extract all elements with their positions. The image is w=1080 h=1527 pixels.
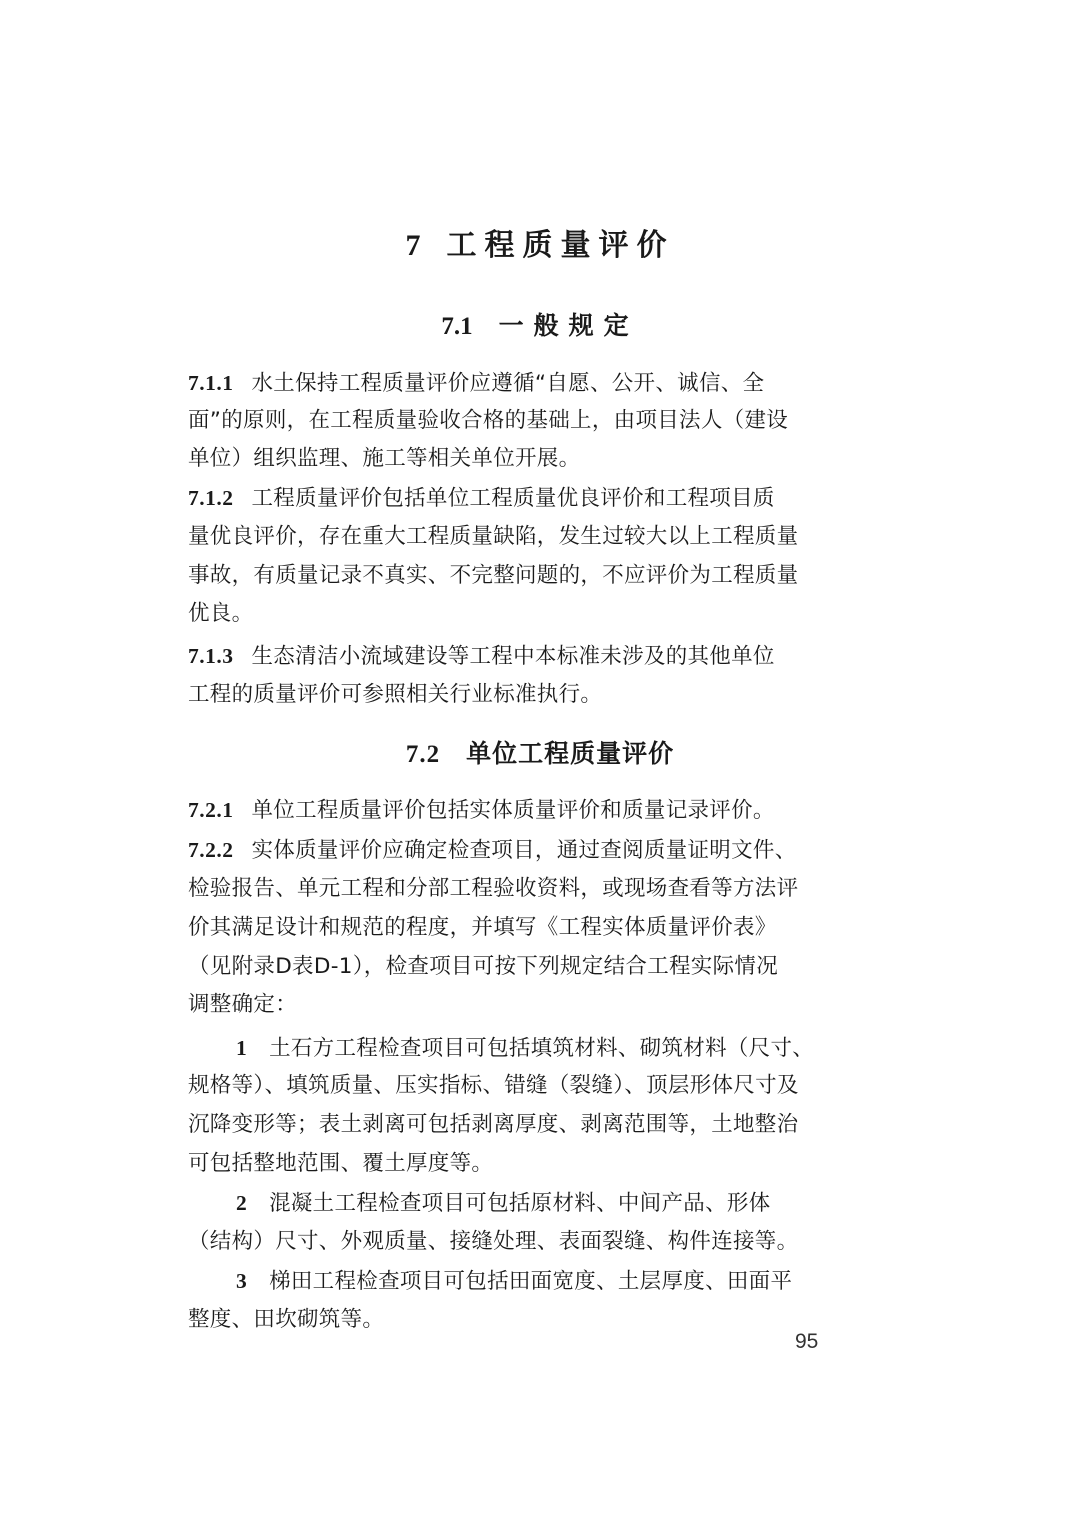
item-number: 1 bbox=[236, 1036, 247, 1060]
clause-text: 工程质量评价包括单位工程质量优良评价和工程项目质 bbox=[252, 486, 775, 511]
item-2-line-2: （结构）尺寸、外观质量、接缝处理、表面裂缝、构件连接等。 bbox=[188, 1227, 853, 1257]
item-text: 混凝土工程检查项目可包括原材料、中间产品、形体 bbox=[269, 1191, 770, 1216]
section-title-7-2: 7.2单位工程质量评价 bbox=[0, 734, 1080, 770]
clause-7-1-1-line-2: 面”的原则，在工程质量验收合格的基础上，由项目法人（建设 bbox=[188, 406, 853, 436]
chapter-title-text: 工程质量评价 bbox=[447, 228, 675, 263]
section-title-text: 单位工程质量评价 bbox=[466, 739, 674, 768]
clause-7-2-2-line-5: 调整确定： bbox=[188, 990, 853, 1020]
clause-7-1-2-line-2: 量优良评价，存在重大工程质量缺陷，发生过较大以上工程质量 bbox=[188, 522, 853, 552]
clause-7-2-2-line-2: 检验报告、单元工程和分部工程验收资料，或现场查看等方法评 bbox=[188, 874, 853, 904]
clause-number: 7.2.1 bbox=[188, 798, 234, 822]
section-number: 7.1 bbox=[441, 313, 472, 340]
clause-7-1-1-line-3: 单位）组织监理、施工等相关单位开展。 bbox=[188, 444, 853, 474]
clause-7-1-2-line-4: 优良。 bbox=[188, 599, 853, 629]
item-text: 梯田工程检查项目可包括田面宽度、土层厚度、田面平 bbox=[269, 1269, 792, 1294]
item-1-line-4: 可包括整地范围、覆土厚度等。 bbox=[188, 1149, 853, 1179]
clause-text: 实体质量评价应确定检查项目，通过查阅质量证明文件、 bbox=[252, 838, 797, 863]
section-number: 7.2 bbox=[406, 741, 440, 768]
item-3-line-1: 3梯田工程检查项目可包括田面宽度、土层厚度、田面平 bbox=[188, 1266, 853, 1297]
clause-7-1-3-line-2: 工程的质量评价可参照相关行业标准执行。 bbox=[188, 680, 853, 710]
clause-7-1-2-line-1: 7.1.2工程质量评价包括单位工程质量优良评价和工程项目质 bbox=[188, 483, 853, 514]
item-1-line-3: 沉降变形等；表土剥离可包括剥离厚度、剥离范围等，土地整治 bbox=[188, 1110, 853, 1140]
chapter-number: 7 bbox=[406, 229, 421, 262]
clause-7-2-1-line-1: 7.2.1单位工程质量评价包括实体质量评价和质量记录评价。 bbox=[188, 795, 853, 826]
clause-7-1-1-line-1: 7.1.1水土保持工程质量评价应遵循“自愿、公开、诚信、全 bbox=[188, 368, 853, 399]
clause-7-1-2-line-3: 事故，有质量记录不真实、不完整问题的，不应评价为工程质量 bbox=[188, 561, 853, 591]
clause-7-2-2-line-3: 价其满足设计和规范的程度，并填写《工程实体质量评价表》 bbox=[188, 913, 853, 943]
clause-7-2-2-line-1: 7.2.2实体质量评价应确定检查项目，通过查阅质量证明文件、 bbox=[188, 835, 853, 866]
page-number: 95 bbox=[795, 1330, 818, 1354]
item-number: 3 bbox=[236, 1269, 247, 1293]
section-title-text: 一般规定 bbox=[499, 311, 639, 340]
item-2-line-1: 2混凝土工程检查项目可包括原材料、中间产品、形体 bbox=[188, 1188, 853, 1219]
clause-number: 7.1.3 bbox=[188, 644, 234, 668]
chapter-title: 7工程质量评价 bbox=[0, 220, 1080, 264]
clause-number: 7.1.1 bbox=[188, 371, 234, 395]
clause-7-2-2-line-4: （见附录D表D-1），检查项目可按下列规定结合工程实际情况 bbox=[188, 952, 853, 982]
item-text: 土石方工程检查项目可包括填筑材料、砌筑材料（尺寸、 bbox=[269, 1036, 814, 1061]
section-title-7-1: 7.1一般规定 bbox=[0, 306, 1080, 342]
clause-number: 7.2.2 bbox=[188, 838, 234, 862]
item-3-line-2: 整度、田坎砌筑等。 bbox=[188, 1305, 853, 1335]
clause-7-1-3-line-1: 7.1.3生态清洁小流域建设等工程中本标准未涉及的其他单位 bbox=[188, 641, 853, 672]
item-1-line-2: 规格等）、填筑质量、压实指标、错缝（裂缝）、顶层形体尺寸及 bbox=[188, 1071, 853, 1101]
clause-number: 7.1.2 bbox=[188, 486, 234, 510]
item-number: 2 bbox=[236, 1191, 247, 1215]
clause-text: 单位工程质量评价包括实体质量评价和质量记录评价。 bbox=[252, 798, 775, 823]
item-1-line-1: 1土石方工程检查项目可包括填筑材料、砌筑材料（尺寸、 bbox=[188, 1033, 853, 1064]
clause-text: 生态清洁小流域建设等工程中本标准未涉及的其他单位 bbox=[252, 644, 775, 669]
clause-text: 水土保持工程质量评价应遵循“自愿、公开、诚信、全 bbox=[252, 371, 765, 396]
document-page: 7工程质量评价 7.1一般规定 7.1.1水土保持工程质量评价应遵循“自愿、公开… bbox=[0, 0, 1080, 1527]
